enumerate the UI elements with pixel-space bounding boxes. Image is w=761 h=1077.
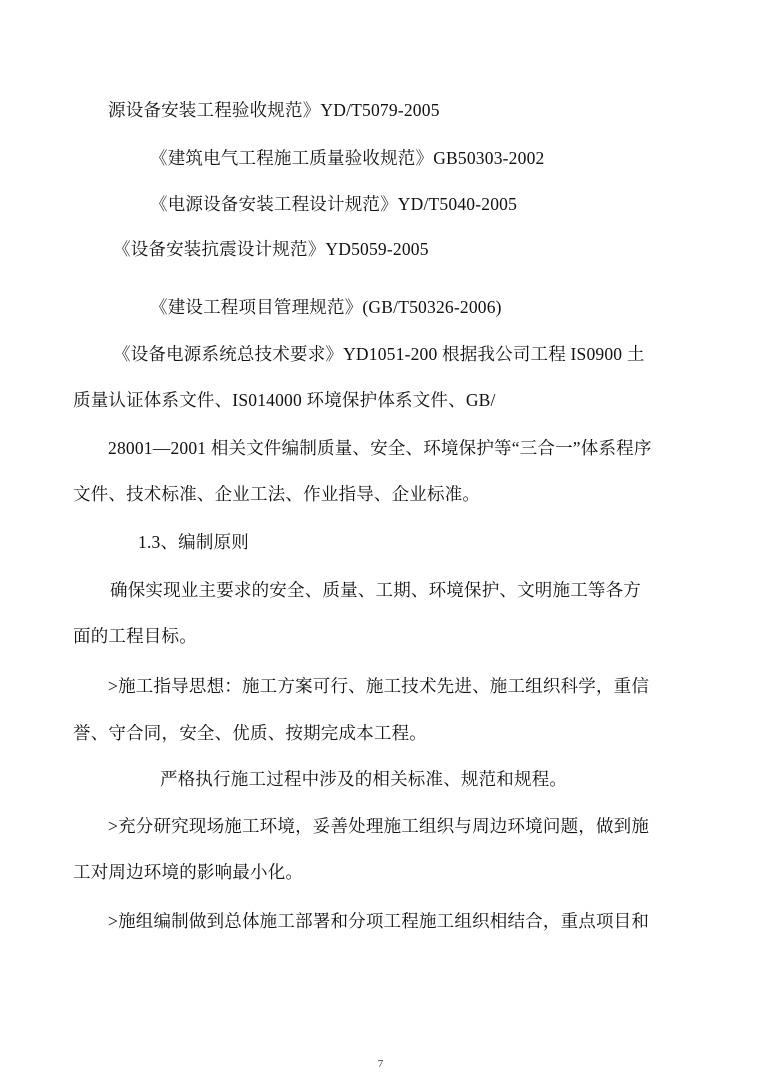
- page-number: 7: [0, 1057, 761, 1071]
- text-line-standard-ref: 《设备安装抗震设计规范》YD5059-2005: [113, 238, 429, 260]
- text-line-bullet: >施工指导思想：施工方案可行、施工技术先进、施工组织科学，重信: [108, 675, 649, 697]
- text-line-paragraph: 誉、守合同，安全、优质、按期完成本工程。: [73, 722, 427, 744]
- text-line-paragraph: 28001—2001 相关文件编制质量、安全、环境保护等“三合一”体系程序: [108, 437, 652, 459]
- text-line-paragraph: 工对周边环境的影响最小化。: [73, 861, 303, 883]
- document-page: 源设备安装工程验收规范》YD/T5079-2005 《建筑电气工程施工质量验收规…: [0, 0, 761, 1077]
- text-line-standard-ref: 源设备安装工程验收规范》YD/T5079-2005: [108, 99, 440, 121]
- text-line-paragraph: 严格执行施工过程中涉及的相关标准、规范和规程。: [160, 768, 567, 790]
- text-line-standard-ref: 《建设工程项目管理规范》(GB/T50326-2006): [150, 296, 502, 318]
- text-line-standard-ref: 《建筑电气工程施工质量验收规范》GB50303-2002: [150, 147, 545, 169]
- text-line-bullet: >充分研究现场施工环境，妥善处理施工组织与周边环境问题，做到施: [108, 815, 649, 837]
- text-line-paragraph: 确保实现业主要求的安全、质量、工期、环境保护、文明施工等各方: [110, 579, 641, 601]
- section-heading: 1.3、编制原则: [138, 531, 249, 553]
- text-line-bullet: >施组编制做到总体施工部署和分项工程施工组织相结合，重点项目和: [108, 910, 649, 932]
- text-line-paragraph: 质量认证体系文件、IS014000 环境保护体系文件、GB/: [73, 389, 496, 411]
- text-line-paragraph: 文件、技术标准、企业工法、作业指导、企业标准。: [73, 483, 480, 505]
- text-line-standard-ref: 《电源设备安装工程设计规范》YD/T5040-2005: [150, 193, 517, 215]
- text-line-paragraph: 面的工程目标。: [73, 625, 197, 647]
- text-line-standard-ref: 《设备电源系统总技术要求》YD1051-200 根据我公司工程 IS0900 土: [113, 343, 645, 365]
